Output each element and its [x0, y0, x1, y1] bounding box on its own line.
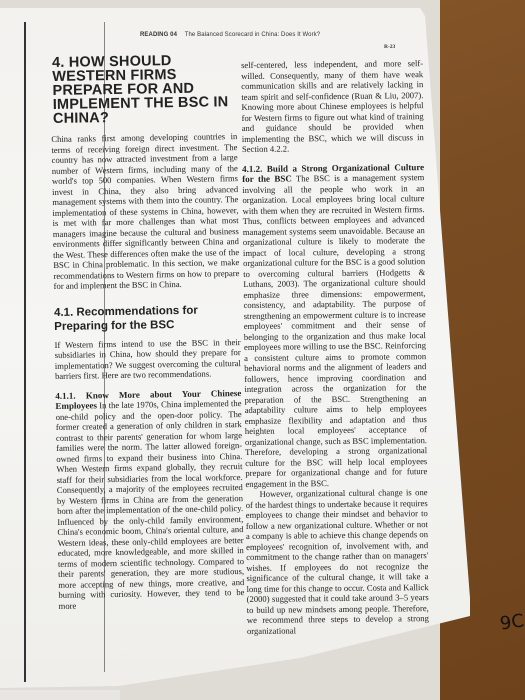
subsection-text: The BSC is a management system involving… [242, 172, 427, 488]
subsection-text: In the late 1970s, China implemented the… [56, 398, 245, 610]
reading-label: READING 04 [140, 32, 177, 38]
subsection-paragraph: 4.1.2. Build a Strong Organizational Cul… [242, 162, 427, 489]
binder-margin-line [24, 22, 26, 682]
document-page: READING 04 The Balanced Scorecard in Chi… [0, 8, 470, 688]
running-header: READING 04 The Balanced Scorecard in Chi… [140, 32, 320, 38]
left-column: 4. HOW SHOULD WESTERN FIRMS PREPARE FOR … [50, 53, 245, 611]
reading-title: The Balanced Scorecard in China: Does It… [185, 32, 321, 38]
right-column: self-centered, less independent, and mor… [241, 58, 429, 636]
intro-paragraph: China ranks first among developing count… [51, 131, 239, 291]
section-title: 4.1. Recommendations for Preparing for t… [54, 303, 240, 334]
section-intro-paragraph: If Western firms intend to use the BSC i… [54, 337, 241, 382]
handwritten-annotation: 9C [499, 610, 525, 634]
underlying-sheet-edge [0, 690, 120, 700]
subsection-paragraph: 4.1.1. Know More about Your Chinese Empl… [55, 388, 244, 611]
chapter-title: 4. HOW SHOULD WESTERN FIRMS PREPARE FOR … [52, 53, 237, 126]
final-paragraph: However, organizational cultural change … [245, 487, 429, 636]
page-number: R-23 [384, 44, 395, 50]
continued-paragraph: self-centered, less independent, and mor… [241, 58, 424, 154]
